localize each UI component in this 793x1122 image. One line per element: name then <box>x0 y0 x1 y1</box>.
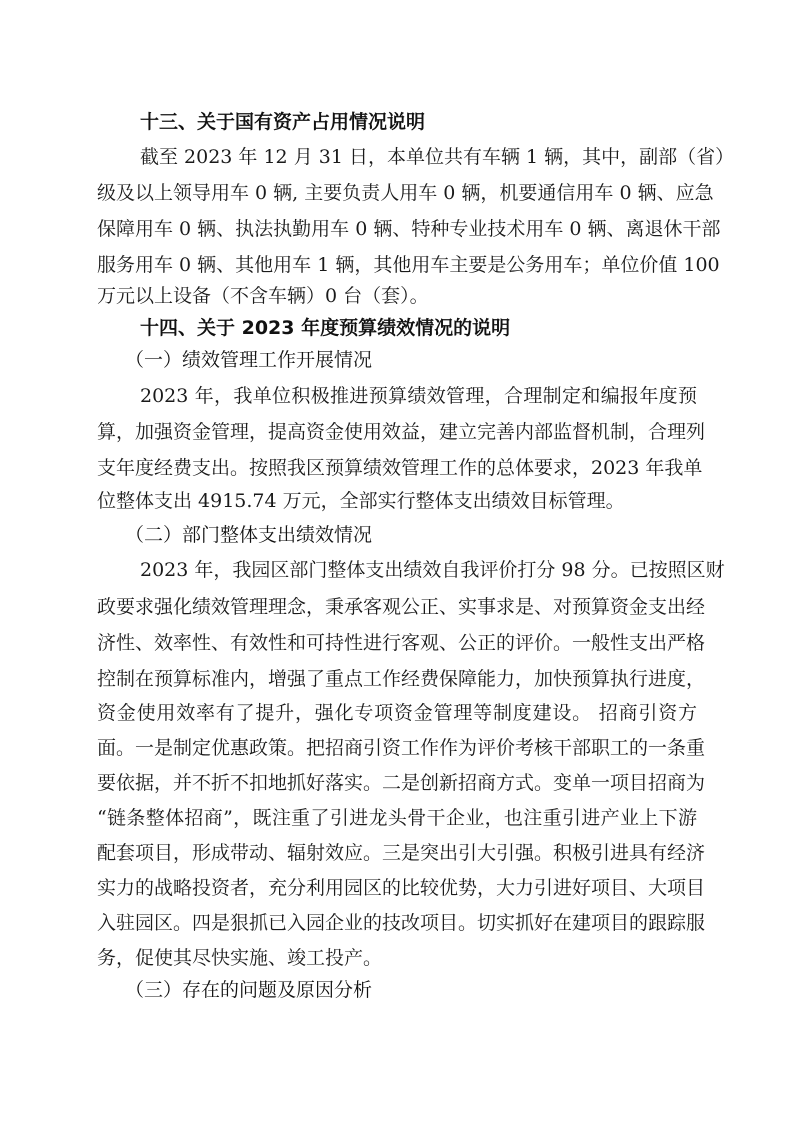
paragraph-line: 入驻园区。四是狠抓已入园企业的技改项目。切实抓好在建项目的跟踪服 <box>97 908 697 938</box>
subsection-heading-1: （一）绩效管理工作开展情况 <box>125 345 372 375</box>
section-heading-14: 十四、关于 2023 年度预算绩效情况的说明 <box>140 313 510 343</box>
paragraph-line: 务，促使其尽快实施、竣工投产。 <box>97 943 697 973</box>
document-page: 十三、关于国有资产占用情况说明 截至 2023 年 12 月 31 日，本单位共… <box>0 0 793 1122</box>
paragraph-line: 位整体支出 4915.74 万元，全部实行整体支出绩效目标管理。 <box>97 486 697 516</box>
paragraph-line: “链条整体招商”，既注重了引进龙头骨干企业，也注重引进产业上下游 <box>97 803 697 833</box>
paragraph-line: 算，加强资金管理，提高资金使用效益，建立完善内部监督机制，合理列 <box>97 417 697 447</box>
section-heading-13: 十三、关于国有资产占用情况说明 <box>140 107 425 137</box>
paragraph-line: 支年度经费支出。按照我区预算绩效管理工作的总体要求，2023 年我单 <box>97 453 697 483</box>
paragraph-line: 面。一是制定优惠政策。把招商引资工作作为评价考核干部职工的一条重 <box>97 733 697 763</box>
paragraph-line: 2023 年，我单位积极推进预算绩效管理，合理制定和编报年度预 <box>140 381 697 411</box>
paragraph-line: 万元以上设备（不含车辆）0 台（套）。 <box>97 281 697 311</box>
paragraph-line: 资金使用效率有了提升，强化专项资金管理等制度建设。 招商引资方 <box>97 698 697 728</box>
paragraph-line: 济性、效率性、有效性和可持性进行客观、公正的评价。一般性支出严格 <box>97 628 697 658</box>
paragraph-line: 级及以上领导用车 0 辆, 主要负责人用车 0 辆，机要通信用车 0 辆、应急 <box>97 178 697 208</box>
paragraph-line: 2023 年，我园区部门整体支出绩效自我评价打分 98 分。已按照区财 <box>140 555 697 585</box>
paragraph-line: 实力的战略投资者，充分利用园区的比较优势，大力引进好项目、大项目 <box>97 873 697 903</box>
paragraph-line: 截至 2023 年 12 月 31 日，本单位共有车辆 1 辆，其中，副部（省） <box>140 142 697 172</box>
subsection-heading-3: （三）存在的问题及原因分析 <box>125 975 372 1005</box>
paragraph-line: 服务用车 0 辆、其他用车 1 辆，其他用车主要是公务用车；单位价值 100 <box>97 250 697 280</box>
paragraph-line: 政要求强化绩效管理理念，秉承客观公正、实事求是、对预算资金支出经 <box>97 592 697 622</box>
subsection-heading-2: （二）部门整体支出绩效情况 <box>125 520 372 550</box>
paragraph-line: 保障用车 0 辆、执法执勤用车 0 辆、特种专业技术用车 0 辆、离退休干部 <box>97 214 697 244</box>
paragraph-line: 要依据，并不折不扣地抓好落实。二是创新招商方式。变单一项目招商为 <box>97 768 697 798</box>
paragraph-line: 控制在预算标准内，增强了重点工作经费保障能力，加快预算执行进度， <box>97 664 697 694</box>
paragraph-line: 配套项目，形成带动、辐射效应。三是突出引大引强。积极引进具有经济 <box>97 838 697 868</box>
